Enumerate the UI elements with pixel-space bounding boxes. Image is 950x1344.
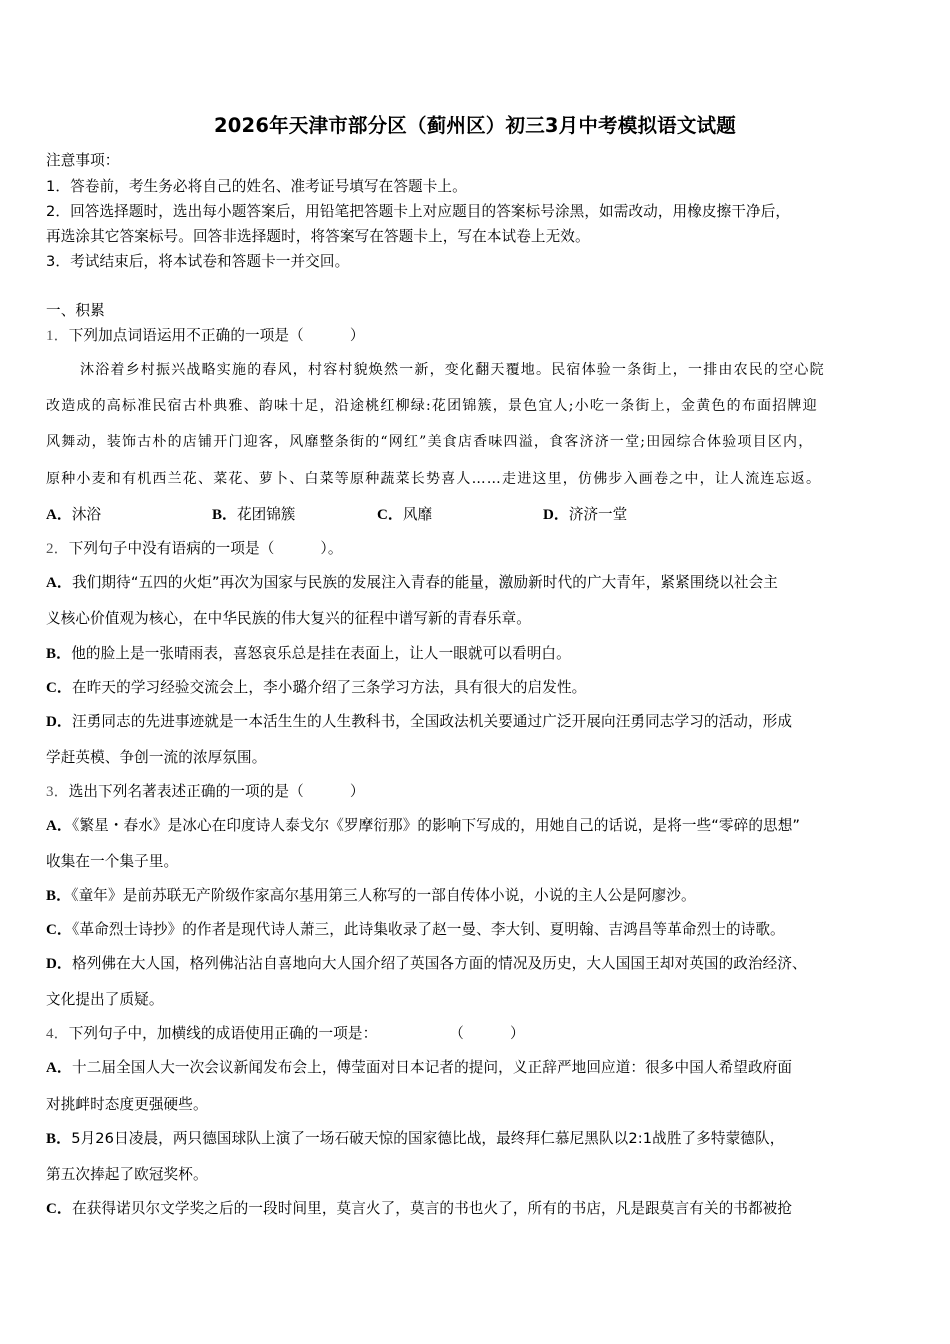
option-d-cont: 学赶英模、争创一流的浓厚氛围。 bbox=[46, 749, 266, 767]
notice-item-2: 2．回答选择题时，选出每小题答案后，用铅笔把答题卡上对应题目的答案标号涂黑，如需… bbox=[46, 203, 790, 221]
option-d-line: D．汪勇同志的先进事迹就是一本活生生的人生教科书，全国政法机关要通过广泛开展向汪… bbox=[46, 713, 792, 731]
option-a-line: A．我们期待“五四的火炬”再次为国家与民族的发展注入青春的能量，激励新时代的广大… bbox=[46, 574, 778, 592]
question-text: 下列加点词语运用不正确的一项是（ bbox=[69, 327, 304, 344]
passage-line: 风舞动，装饰古朴的店铺开门迎客，风靡整条街的“网红”美食店香味四溢，食客济济一堂… bbox=[46, 433, 813, 451]
option-c: C．风靡 bbox=[377, 506, 432, 524]
option-d-cont: 文化提出了质疑。 bbox=[46, 991, 164, 1009]
passage-line: 原种小麦和有机西兰花、菜花、萝卜、白菜等原种蔬菜长势喜人……走进这里，仿佛步入画… bbox=[46, 470, 821, 488]
question-3-stem: 3．选出下列名著表述正确的一项的是（） bbox=[46, 783, 365, 801]
option-a-line: A．十二届全国人大一次会议新闻发布会上，傅莹面对日本记者的提问，义正辞严地回应道… bbox=[46, 1059, 792, 1077]
question-number: 3． bbox=[46, 784, 69, 800]
paren-close: ）。 bbox=[320, 540, 342, 557]
option-a-line: A．《繁星・春水》是冰心在印度诗人泰戈尔《罗摩衍那》的影响下写成的，用她自己的话… bbox=[46, 817, 800, 835]
option-c-line: C．在获得诺贝尔文学奖之后的一段时间里，莫言火了，莫言的书也火了，所有的书店，凡… bbox=[46, 1200, 792, 1218]
page-title: 2026年天津市部分区（蓟州区）初三3月中考模拟语文试题 bbox=[0, 113, 950, 139]
option-a: A．沐浴 bbox=[46, 506, 101, 524]
question-2-stem: 2．下列句子中没有语病的一项是（）。 bbox=[46, 540, 343, 558]
notice-heading: 注意事项： bbox=[46, 152, 119, 170]
question-number: 4． bbox=[46, 1026, 69, 1042]
passage-line: 沐浴着乡村振兴战略实施的春风，村容村貌焕然一新，变化翻天覆地。民宿体验一条街上，… bbox=[80, 361, 825, 379]
paren-open: （ bbox=[449, 1025, 464, 1042]
paren-close: ） bbox=[510, 1025, 525, 1042]
question-number: 2． bbox=[46, 541, 69, 557]
notice-item-2-cont: 再选涂其它答案标号。回答非选择题时，将答案写在答题卡上，写在本试卷上无效。 bbox=[46, 228, 590, 246]
exam-page: 2026年天津市部分区（蓟州区）初三3月中考模拟语文试题 注意事项： 1．答卷前… bbox=[0, 0, 950, 1344]
option-a-cont: 对挑衅时态度更强硬些。 bbox=[46, 1096, 208, 1114]
paren-close: ） bbox=[350, 327, 365, 344]
option-b-line: B．《童年》是前苏联无产阶级作家高尔基用第三人称写的一部自传体小说，小说的主人公… bbox=[46, 887, 696, 905]
question-number: 1． bbox=[46, 328, 69, 344]
question-text: 选出下列名著表述正确的一项的是（ bbox=[69, 783, 304, 800]
option-b: B．花团锦簇 bbox=[212, 506, 295, 524]
option-a-cont: 收集在一个集子里。 bbox=[46, 853, 178, 871]
option-b-cont: 第五次捧起了欧冠奖杯。 bbox=[46, 1166, 208, 1184]
notice-item-3: 3．考试结束后，将本试卷和答题卡一并交回。 bbox=[46, 253, 349, 271]
question-text: 下列句子中，加横线的成语使用正确的一项是： bbox=[69, 1025, 378, 1042]
option-b-line: B．他的脸上是一张晴雨表，喜怒哀乐总是挂在表面上，让人一眼就可以看明白。 bbox=[46, 645, 571, 663]
option-c-line: C．《革命烈士诗抄》的作者是现代诗人萧三，此诗集收录了赵一曼、李大钊、夏明翰、吉… bbox=[46, 921, 785, 939]
option-d: D．济济一堂 bbox=[543, 506, 627, 524]
notice-item-1: 1．答卷前，考生务必将自己的姓名、准考证号填写在答题卡上。 bbox=[46, 178, 467, 196]
option-d-line: D．格列佛在大人国，格列佛沾沾自喜地向大人国介绍了英国各方面的情况及历史，大人国… bbox=[46, 955, 807, 973]
question-4-stem: 4．下列句子中，加横线的成语使用正确的一项是：（） bbox=[46, 1025, 525, 1043]
question-text: 下列句子中没有语病的一项是（ bbox=[69, 540, 275, 557]
question-1-stem: 1．下列加点词语运用不正确的一项是（） bbox=[46, 327, 365, 345]
option-c-line: C．在昨天的学习经验交流会上，李小璐介绍了三条学习方法，具有很大的启发性。 bbox=[46, 679, 586, 697]
option-b-line: B．5月26日凌晨，两只德国球队上演了一场石破天惊的国家德比战，最终拜仁慕尼黑队… bbox=[46, 1130, 784, 1148]
section-heading: 一、积累 bbox=[46, 302, 105, 320]
paren-close: ） bbox=[350, 783, 365, 800]
passage-line: 改造成的高标准民宿古朴典雅、韵味十足，沿途桃红柳绿:花团锦簇，景色宜人;小吃一条… bbox=[46, 397, 818, 415]
option-a-cont: 义核心价值观为核心，在中华民族的伟大复兴的征程中谱写新的青春乐章。 bbox=[46, 610, 531, 628]
